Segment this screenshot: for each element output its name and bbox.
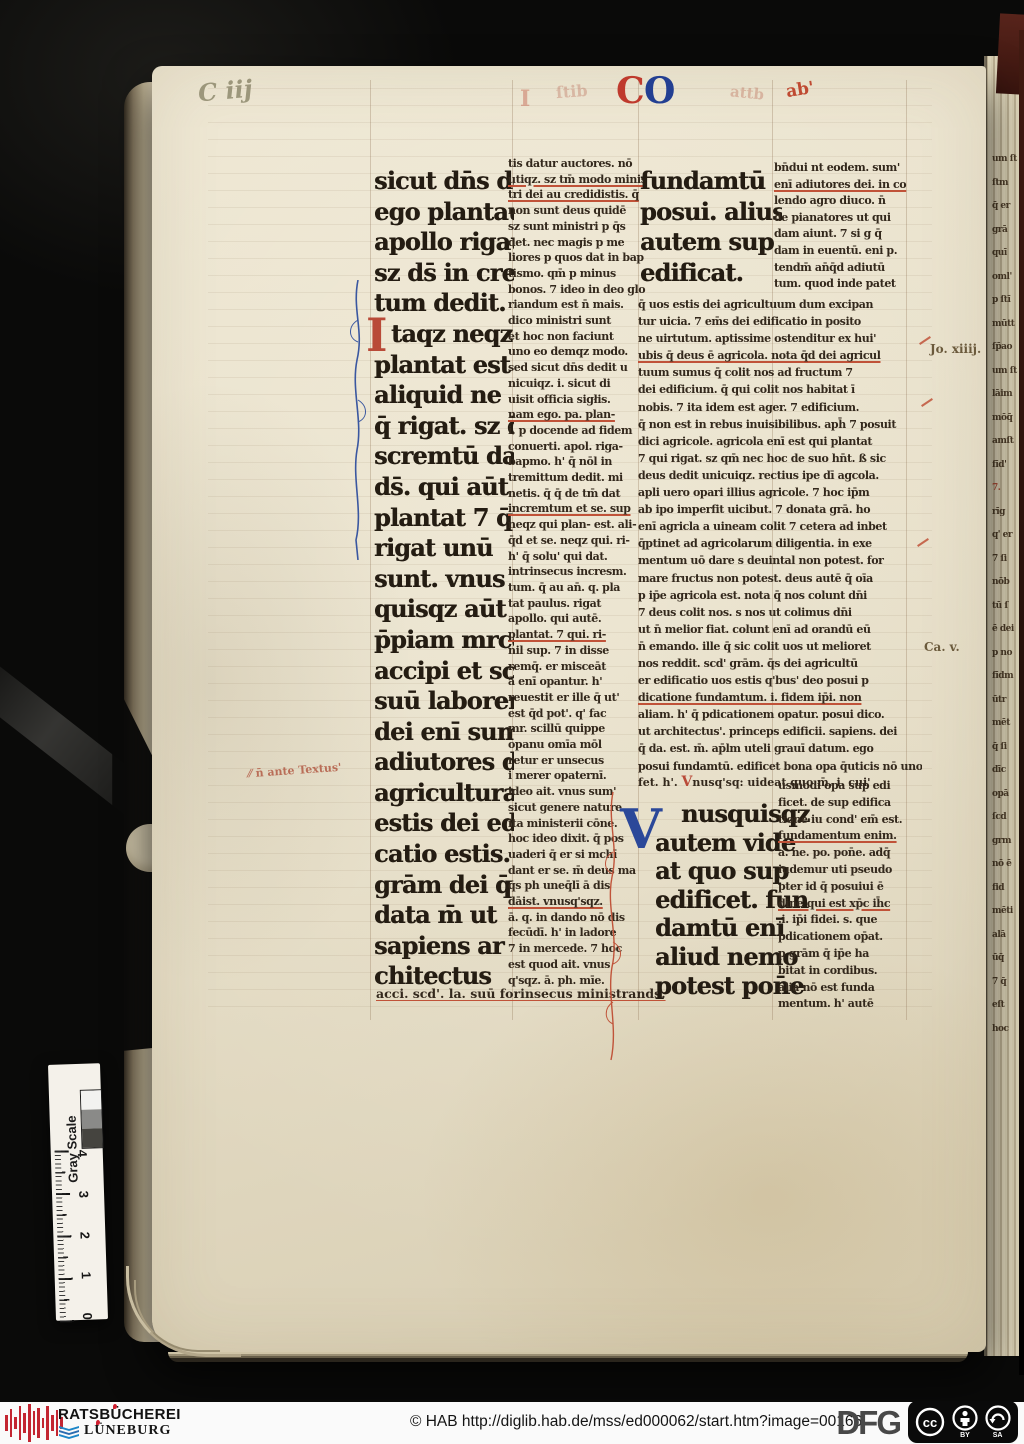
- gloss-line: remq̄. er misceāt: [508, 659, 648, 675]
- gloss-line: .i. ip̄i fidei. s. que: [778, 912, 918, 929]
- gloss-line: 7 in mercede. 7 hoc: [508, 941, 648, 957]
- logo-bar: [37, 1408, 40, 1438]
- gloss-line: non sunt deus quidē: [508, 203, 648, 219]
- gloss-line: dam in euentū. eni p.: [774, 243, 912, 260]
- grayscale-patches: [80, 1089, 104, 1149]
- vertical-ruling-line: [370, 80, 371, 1020]
- gloss-line: fecūdī. h' in ladore: [508, 925, 648, 941]
- lemma-line: data m̄ ut: [374, 900, 514, 931]
- gloss-line: bonos. 7 ideo in deo glo: [508, 282, 648, 298]
- gloss-line: tione iu cond' em̄ est.: [778, 812, 918, 829]
- gloss-line: est quod ait. vnus: [508, 957, 648, 973]
- umlaut-red-dot: [96, 1420, 100, 1425]
- gloss-line: h' q̄ solu' qui dat.: [508, 549, 648, 565]
- gloss-line: neqz qui plan- est. ali-: [508, 517, 648, 533]
- lemma-line: aliquid ne: [374, 380, 514, 411]
- gloss-line: sz sunt ministri p q̄s: [508, 219, 648, 235]
- gloss-line: tum. quod inde patet: [774, 276, 912, 293]
- lemma-line: agricultura: [374, 778, 514, 809]
- lemma-line: estis dei edifi: [374, 808, 514, 839]
- logo-bar: [46, 1406, 49, 1440]
- gloss-line: pter id q̄ posuiui ē: [778, 879, 918, 896]
- gloss-line: utiqz. sz tm̄ modo minis: [508, 172, 648, 188]
- grayscale-ruler: Gray Scale 43210: [48, 1063, 108, 1321]
- gloss-line: det. nec magis p me: [508, 235, 648, 251]
- gloss-line: posui fundamtū. edificet bona opa q̄utic…: [638, 758, 922, 775]
- open-book-icon: [58, 1424, 80, 1439]
- rubric-letter: V: [682, 774, 693, 790]
- gloss-line: nil sup. 7 in disse: [508, 643, 648, 659]
- gloss-line: dicatione fundamtum. i. fidem ip̄i. non: [638, 689, 922, 706]
- penwork-flourish-red: [604, 792, 622, 1062]
- gloss-line: est q̄d pot'. q' fac: [508, 706, 648, 722]
- ink-offset-mark: ſtib: [555, 81, 588, 102]
- ruler-number: 1: [79, 1272, 94, 1280]
- gloss-line: tum. q̄ au an̄. q. pla: [508, 580, 648, 596]
- lemma-line: tum dedit.: [374, 288, 514, 319]
- gloss-line: tri dei au credidistis. q̄: [508, 187, 648, 203]
- gloss-line: tat paulus. rigat: [508, 596, 648, 612]
- lemma-line: rigat unū: [374, 533, 514, 564]
- gloss-column-right-bottom: usmodi opa sup edificet. de sup edificat…: [778, 778, 918, 1013]
- lemma-line: edificat.: [640, 258, 782, 289]
- running-title-letter-blue: O: [644, 70, 675, 112]
- lemma-line: plantat 7 q̄: [374, 503, 514, 534]
- lemma-line: grām dei q̄: [374, 870, 514, 901]
- gloss-line: i merer opaternī.: [508, 768, 648, 784]
- gloss-line: tis datur auctores. nō: [508, 156, 648, 172]
- cc-letters: cc: [923, 1415, 937, 1430]
- gloss-line: bn̄dui nt eodem. sum': [774, 160, 912, 177]
- gloss-line: q̄ non est in rebus inuisibilibus. aph̄ …: [638, 416, 922, 433]
- manuscript-page: C iij I ſtib C O attb ab' I sicut dn̄s d…: [152, 66, 986, 1352]
- gloss-line: sed sicut dn̄s dedit u: [508, 360, 648, 376]
- gloss-line: i. p docende ad fidem: [508, 423, 648, 439]
- running-title-letter-red: C: [616, 70, 645, 112]
- ruler-numbers: 43210: [75, 1146, 97, 1324]
- gloss-line: pdicationem op̄at.: [778, 929, 918, 946]
- lemma-column-right-top: fundamtūposui. aliusautem supedificat.: [640, 166, 782, 288]
- lemma-line: dei enī sum': [374, 717, 514, 748]
- gloss-line: intrinsecus incresm.: [508, 564, 648, 580]
- gloss-line: apli uero opari illius agricole. 7 hoc i…: [638, 484, 922, 501]
- gloss-line: dant er se. m̄ deus ma: [508, 863, 648, 879]
- gloss-line: netis. q̄ q̄ de tm̄ dat: [508, 486, 648, 502]
- gloss-line: q̄d et se. neqz qui. ri-: [508, 533, 648, 549]
- ruler-number: 2: [78, 1231, 93, 1239]
- gloss-line: p grām q̄ ip̄e ha: [778, 946, 918, 963]
- gloss-line: dico ministri sunt: [508, 313, 648, 329]
- gloss-line: 7 deus colit nos. s nos ut colimus dn̄i: [638, 604, 922, 621]
- gloss-line: deus dedit unicuiqz. rectius ipe dī agco…: [638, 467, 922, 484]
- gloss-line: usmodi opa sup edi: [778, 778, 918, 795]
- gloss-line: reuestit er ille q̄ ut': [508, 690, 648, 706]
- gloss-line: riandum est n̄ mais.: [508, 297, 648, 313]
- lemma-line: suū laborem.: [374, 686, 514, 717]
- library-city: LÜNEBURG: [84, 1423, 171, 1439]
- cc-license-badge: cc BY SA: [908, 1401, 1018, 1443]
- logo-bar: [5, 1415, 8, 1431]
- gloss-line: enī adiutores dei. in co: [774, 177, 912, 194]
- gloss-line: dei edificium. q̄ qui colit nos habitat …: [638, 381, 922, 398]
- marginal-citation-ca: Ca. v.: [924, 640, 960, 654]
- foot-note-line: acci. scd'. la. suū forinsecus ministran…: [376, 986, 676, 1001]
- gloss-line: apollo. qui autē.: [508, 611, 648, 627]
- gloss-line: fundamentum enim.: [778, 828, 918, 845]
- lemma-line: apollo rigaui: [374, 227, 514, 258]
- gloss-line: ficet. de sup edifica: [778, 795, 918, 812]
- gloss-line: bapmo. h' q̄ nōl in: [508, 454, 648, 470]
- gloss-line: liores p quos dat in bap: [508, 250, 648, 266]
- gloss-line: ā enī opantur. h': [508, 674, 648, 690]
- gloss-line: ne uirtutum. aptissime ostenditur ex hui…: [638, 330, 922, 347]
- gloss-line: lendo agro diuco. n̄: [774, 193, 912, 210]
- lemma-column-left: sicut dn̄s dedit.ego plantauiapollo riga…: [374, 166, 514, 992]
- lemma-line: sunt. vnus: [374, 564, 514, 595]
- grayscale-patch-white: [81, 1090, 102, 1110]
- lemma-line: p̄piam mrced': [374, 625, 514, 656]
- library-logo-bars: [5, 1402, 63, 1444]
- logo-bar: [10, 1409, 13, 1437]
- lemma-line: adiutores dī: [374, 747, 514, 778]
- gloss-line: enī agricla a uineam colit 7 cetera ad i…: [638, 518, 922, 535]
- gloss-line: a. ne. po. pon̄e. adq̄: [778, 845, 918, 862]
- gloss-line: ubis q̄ deus ē agricola. nota q̄d dei ag…: [638, 347, 922, 364]
- lemma-line: fundamtū: [640, 166, 782, 197]
- ruler-number: 3: [76, 1190, 91, 1198]
- gloss-line: mentum. h' autē: [778, 996, 918, 1013]
- ruler-number: 4: [75, 1149, 90, 1157]
- gloss-line: tismo. qm̄ p minus: [508, 266, 648, 282]
- gloss-line: ut architectus'. princeps edificii. sapi…: [638, 723, 922, 740]
- stacked-page-edges: [168, 1352, 968, 1362]
- gloss-line: de pianatores ut qui: [774, 210, 912, 227]
- gloss-line: conuerti. apol. riga-: [508, 439, 648, 455]
- gloss-line: tremittum dedit. mi: [508, 470, 648, 486]
- gloss-line: nobis. 7 ita idem est ager. 7 edificium.: [638, 399, 922, 416]
- gloss-line: iudemur uti pseudo: [778, 862, 918, 879]
- library-name: RATSBÜCHEREI: [58, 1406, 181, 1423]
- gloss-line: alia nō est funda: [778, 980, 918, 997]
- footer-bar: RATSBÜCHEREI LÜNEBURG © HAB http://digli…: [0, 1402, 1024, 1444]
- cc-sa-label: SA: [993, 1432, 1003, 1439]
- lemma-line: posui. alius: [640, 197, 782, 228]
- gloss-text: fet. h'.: [638, 776, 682, 789]
- gloss-line: bitat in cordibus.: [778, 963, 918, 980]
- lemma-line: q̄ rigat. sz q̄: [374, 411, 514, 442]
- lemma-line: plantat est: [374, 350, 514, 381]
- logo-bar: [23, 1413, 26, 1433]
- gloss-line: tendm̄ an̄q̄d adiutū: [774, 260, 912, 277]
- book-cover-edge: [1019, 30, 1024, 1375]
- gloss-line: mr. scillū quippe: [508, 721, 648, 737]
- gloss-line: dam aiunt. 7 si g q̄: [774, 226, 912, 243]
- gloss-line: p ip̄e agricola est. nota q̄ nos colunt …: [638, 587, 922, 604]
- gloss-line: dici agricole. agricola enī est qui plan…: [638, 433, 922, 450]
- ink-offset-mark-small: attb: [729, 82, 765, 103]
- gloss-line: nos reddit. scd' grām. q̄s dei agricultū: [638, 655, 922, 672]
- gloss-line: tur uicia. 7 em̄s dei edificatio in posi…: [638, 313, 922, 330]
- library-city-row: LÜNEBURG: [58, 1423, 171, 1439]
- logo-bar: [33, 1411, 36, 1435]
- cc-by-label: BY: [960, 1432, 970, 1439]
- gloss-line: nicuiqz. i. sicut di: [508, 376, 648, 392]
- gloss-line: q̄ptinet ad agricolarum diligentia. in e…: [638, 535, 922, 552]
- gloss-line: et hoc non faciunt: [508, 329, 648, 345]
- gloss-line: q̄s ph uneq̄lī ā dis: [508, 878, 648, 894]
- gloss-column-left: tis datur auctores. nōutiqz. sz tm̄ modo…: [508, 156, 648, 988]
- digitized-manuscript-photo: { "colors":{"red_ink":"#b94a38","blue_in…: [0, 0, 1024, 1444]
- gloss-line: dine qui est xp̄c ih̄c: [778, 896, 918, 913]
- gloss-line: ā. q. in dando nō dis: [508, 910, 648, 926]
- gloss-line: n̄ emando. ille q̄ sic colit uos ut meli…: [638, 638, 922, 655]
- gloss-line: q̄ uos estis dei agricultuum dum excipan: [638, 296, 922, 313]
- gloss-line: aliam. h' q̄ pdicationem opatur. posui d…: [638, 706, 922, 723]
- lemma-line: taqz neqz q̄: [374, 319, 514, 350]
- gloss-line: ut n̄ melior fiat. colunt enī ad orandū …: [638, 621, 922, 638]
- cc-sa-icon: SA: [985, 1405, 1011, 1439]
- gloss-line: incremtum et se. sup: [508, 501, 648, 517]
- gloss-line: mentum uō dare s deuintal non potest. fo…: [638, 552, 922, 569]
- gloss-line: 7 qui rigat. sz qm̄ nec hoc de suo hn̄t.…: [638, 450, 922, 467]
- penwork-flourish-blue: [350, 280, 366, 560]
- lemma-line: ego plantaui: [374, 197, 514, 228]
- gloss-line: q̄ da. est. m̄. ap̄lm uteli grauī datum.…: [638, 740, 922, 757]
- logo-bar: [51, 1415, 54, 1431]
- logo-bar: [19, 1406, 22, 1440]
- gloss-line: mare fructus non potest. deus autē q̄ oī…: [638, 570, 922, 587]
- logo-bar: [42, 1418, 45, 1428]
- gloss-line: uisit officia sigłis.: [508, 392, 648, 408]
- gloss-line: plantat. 7 qui. ri-: [508, 627, 648, 643]
- gloss-block-wide: q̄ uos estis dei agricultuum dum excipan…: [638, 296, 922, 775]
- ruler-number: 0: [80, 1312, 95, 1320]
- quire-mark: C iij: [197, 74, 254, 108]
- gloss-line: opanu omīa mōl: [508, 737, 648, 753]
- lemma-line: ds̄. qui aūt: [374, 472, 514, 503]
- gloss-line: uno eo demqz modo.: [508, 344, 648, 360]
- dfg-logo: DFG: [836, 1402, 900, 1444]
- gloss-line: dāist. vnusq'sqz.: [508, 894, 648, 910]
- logo-bar: [14, 1417, 17, 1429]
- ghost-numeral: I: [520, 86, 530, 112]
- cc-logo-icon: cc: [915, 1407, 945, 1437]
- right-fore-edge-pages: um ſtſtmq̄ ergrāquīoml'p ſtīmūttſp̄aoum …: [984, 56, 1024, 1356]
- marginal-citation-jo: Jo. xiiij.: [930, 342, 981, 356]
- umlaut-red-dot: [113, 1404, 117, 1409]
- copyright-url: © HAB http://diglib.hab.de/mss/ed000062/…: [410, 1413, 862, 1431]
- lemma-line: sapiens ar: [374, 931, 514, 962]
- gloss-column-right-top: bn̄dui nt eodem. sum'enī adiutores dei. …: [774, 160, 912, 293]
- cc-by-icon: BY: [952, 1405, 978, 1439]
- lemma-line: catio estis. scd': [374, 839, 514, 870]
- gloss-line: tuum sumus q̄ colit nos ad fructum 7: [638, 364, 922, 381]
- lemma-line: sicut dn̄s dedit.: [374, 166, 514, 197]
- grayscale-patch-mid: [81, 1109, 102, 1129]
- gloss-line: ab ipo imperfit uicibut. 7 donata grā. h…: [638, 501, 922, 518]
- lemma-line: accipi et scd': [374, 656, 514, 687]
- lemma-line: quisqz aūt: [374, 594, 514, 625]
- logo-bar: [28, 1404, 31, 1442]
- lemma-line: autem sup: [640, 227, 782, 258]
- gloss-line: retur er unsecus: [508, 753, 648, 769]
- lemma-line: scremtū dat: [374, 441, 514, 472]
- gloss-line: nam ego. pa. plan-: [508, 407, 648, 423]
- lemma-line: sz ds̄ in crem̄: [374, 258, 514, 289]
- gloss-line: er edificatio uos estis q'bus' deo posui…: [638, 672, 922, 689]
